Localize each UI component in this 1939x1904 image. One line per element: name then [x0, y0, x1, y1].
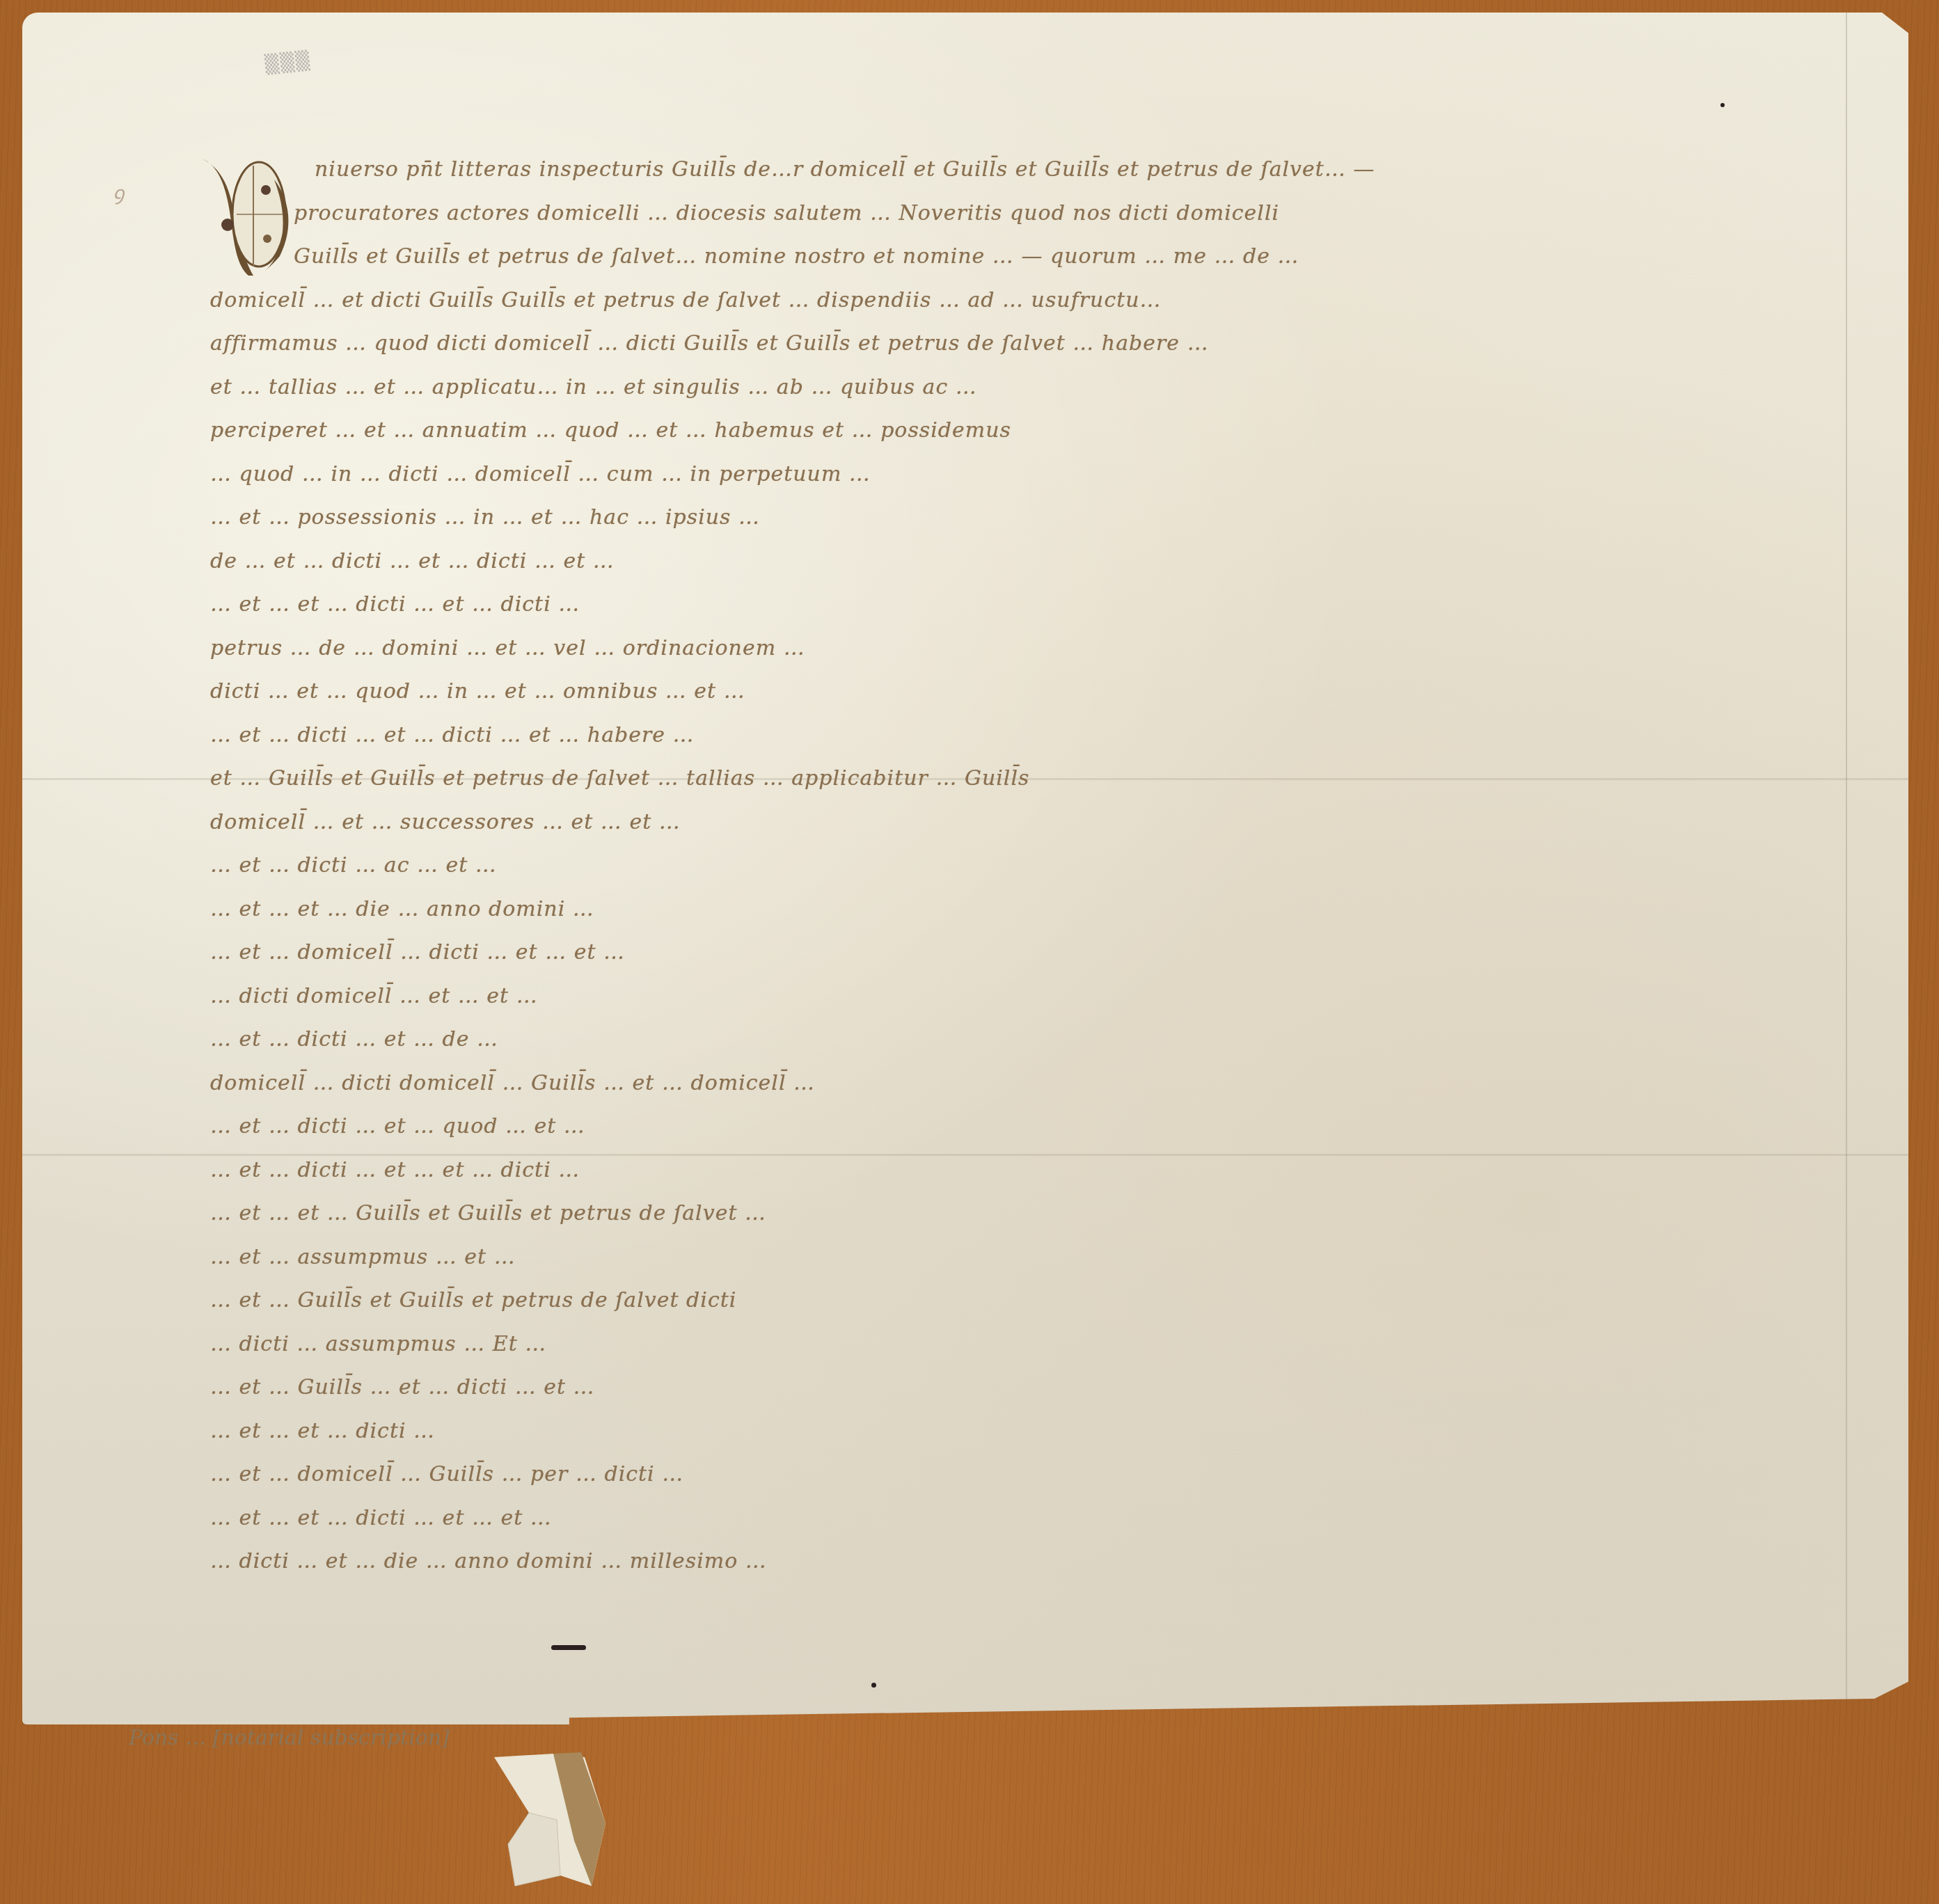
text-line: … et … assumpmus … et … — [210, 1236, 1894, 1280]
text-line: … et … dicti … et … quod … et … — [210, 1105, 1894, 1149]
text-line: … et … et … die … anno domini … — [210, 888, 1894, 932]
notarial-subscription: Pons … [notarial subscription] — [129, 1726, 450, 1750]
text-line: dicti … et … quod … in … et … omnibus … … — [210, 670, 1894, 714]
ink-speck — [871, 1683, 876, 1688]
text-line: … et … dicti … et … dicti … et … habere … — [210, 714, 1894, 758]
text-line: petrus … de … domini … et … vel … ordina… — [210, 627, 1894, 671]
text-line: et … tallias … et … applicatu… in … et s… — [210, 366, 1894, 410]
text-line: … et … Guill̄s … et … dicti … et … — [210, 1366, 1894, 1410]
text-line: … quod … in … dicti … domicell̄ … cum … … — [210, 453, 1894, 497]
parchment-sheet: ▒▒▒ ꝯ niuerso pn̄t litteras inspecturis … — [22, 13, 1908, 1724]
text-line: … et … Guill̄s et Guill̄s et petrus de ſ… — [210, 1279, 1894, 1323]
text-line: … et … domicell̄ … dicti … et … et … — [210, 931, 1894, 975]
text-line: domicell̄ … et dicti Guill̄s Guill̄s et … — [210, 279, 1894, 323]
text-line: … et … dicti … et … et … dicti … — [210, 1149, 1894, 1193]
text-line: Guill̄s et Guill̄s et petrus de ſalvet… … — [210, 235, 1894, 279]
seal-tag-remnant — [487, 1726, 612, 1900]
margin-note: ꝯ — [113, 180, 124, 206]
charter-text: niuerso pn̄t litteras inspecturis Guill̄… — [210, 148, 1894, 1584]
text-line: procuratores actores domicelli … diocesi… — [210, 192, 1894, 236]
text-line: … et … et … dicti … — [210, 1410, 1894, 1454]
ink-speck — [1720, 103, 1725, 107]
ink-mark — [551, 1645, 586, 1650]
text-line: … et … possessionis … in … et … hac … ip… — [210, 496, 1894, 540]
text-line: … et … domicell̄ … Guill̄s … per … dicti… — [210, 1453, 1894, 1497]
text-line: … dicti … et … die … anno domini … mille… — [210, 1540, 1894, 1584]
text-line: domicell̄ … dicti domicell̄ … Guill̄s … … — [210, 1062, 1894, 1106]
text-line: de … et … dicti … et … dicti … et … — [210, 540, 1894, 584]
text-line: et … Guill̄s et Guill̄s et petrus de ſal… — [210, 757, 1894, 801]
archive-number: 1314 — [1647, 1721, 1769, 1768]
text-line: niuerso pn̄t litteras inspecturis Guill̄… — [210, 148, 1894, 192]
text-line: … et … dicti … ac … et … — [210, 844, 1894, 888]
text-line: … et … dicti … et … de … — [210, 1018, 1894, 1062]
text-line: perciperet … et … annuatim … quod … et …… — [210, 409, 1894, 453]
faded-archive-stamp: ▒▒▒ — [264, 47, 344, 93]
text-line: … et … et … dicti … et … dicti … — [210, 583, 1894, 627]
text-line: … et … et … Guill̄s et Guill̄s et petrus… — [210, 1192, 1894, 1236]
text-line: affirmamus … quod dicti domicell̄ … dict… — [210, 322, 1894, 366]
pencil-underline — [1533, 1707, 1807, 1714]
text-line: … et … et … dicti … et … et … — [210, 1497, 1894, 1541]
text-line: domicell̄ … et … successores … et … et … — [210, 801, 1894, 845]
text-line: … dicti domicell̄ … et … et … — [210, 975, 1894, 1019]
text-line: … dicti … assumpmus … Et … — [210, 1323, 1894, 1367]
